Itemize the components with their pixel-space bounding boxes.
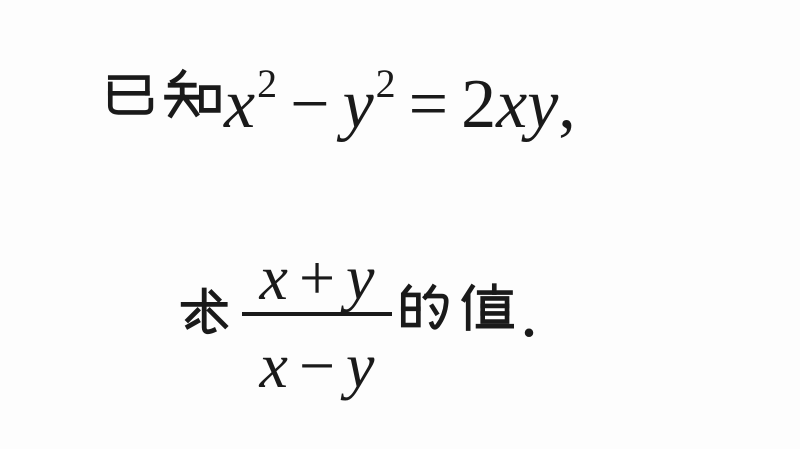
hanzi-zhi2-glyph xyxy=(456,281,514,339)
equals-sign: = xyxy=(409,66,448,143)
hanzi-zhi-glyph xyxy=(163,66,223,126)
math-problem-canvas: x2−y2=2xy, x+y x−y xyxy=(0,0,800,449)
exponent-2: 2 xyxy=(376,64,396,104)
hanzi-yi-glyph xyxy=(101,66,159,124)
num-var-y: y xyxy=(346,242,374,313)
var-x: x xyxy=(224,66,255,143)
comma: , xyxy=(558,66,576,143)
fraction-numerator: x+y xyxy=(242,246,392,310)
fraction: x+y x−y xyxy=(242,246,392,398)
fraction-denominator: x−y xyxy=(242,334,392,398)
var-y: y xyxy=(343,66,374,143)
hanzi-de-glyph xyxy=(394,281,452,339)
period: . xyxy=(520,276,538,348)
minus-sign: − xyxy=(299,330,335,401)
coefficient-2: 2 xyxy=(461,66,496,143)
exponent-2: 2 xyxy=(257,64,277,104)
den-var-x: x xyxy=(260,330,288,401)
plus-sign: + xyxy=(299,242,335,313)
minus-sign: − xyxy=(290,66,329,143)
num-var-x: x xyxy=(260,242,288,313)
den-var-y: y xyxy=(346,330,374,401)
vars-xy: xy xyxy=(496,66,558,143)
given-equation: x2−y2=2xy, xyxy=(224,70,576,140)
hanzi-qiu-glyph xyxy=(176,284,236,344)
